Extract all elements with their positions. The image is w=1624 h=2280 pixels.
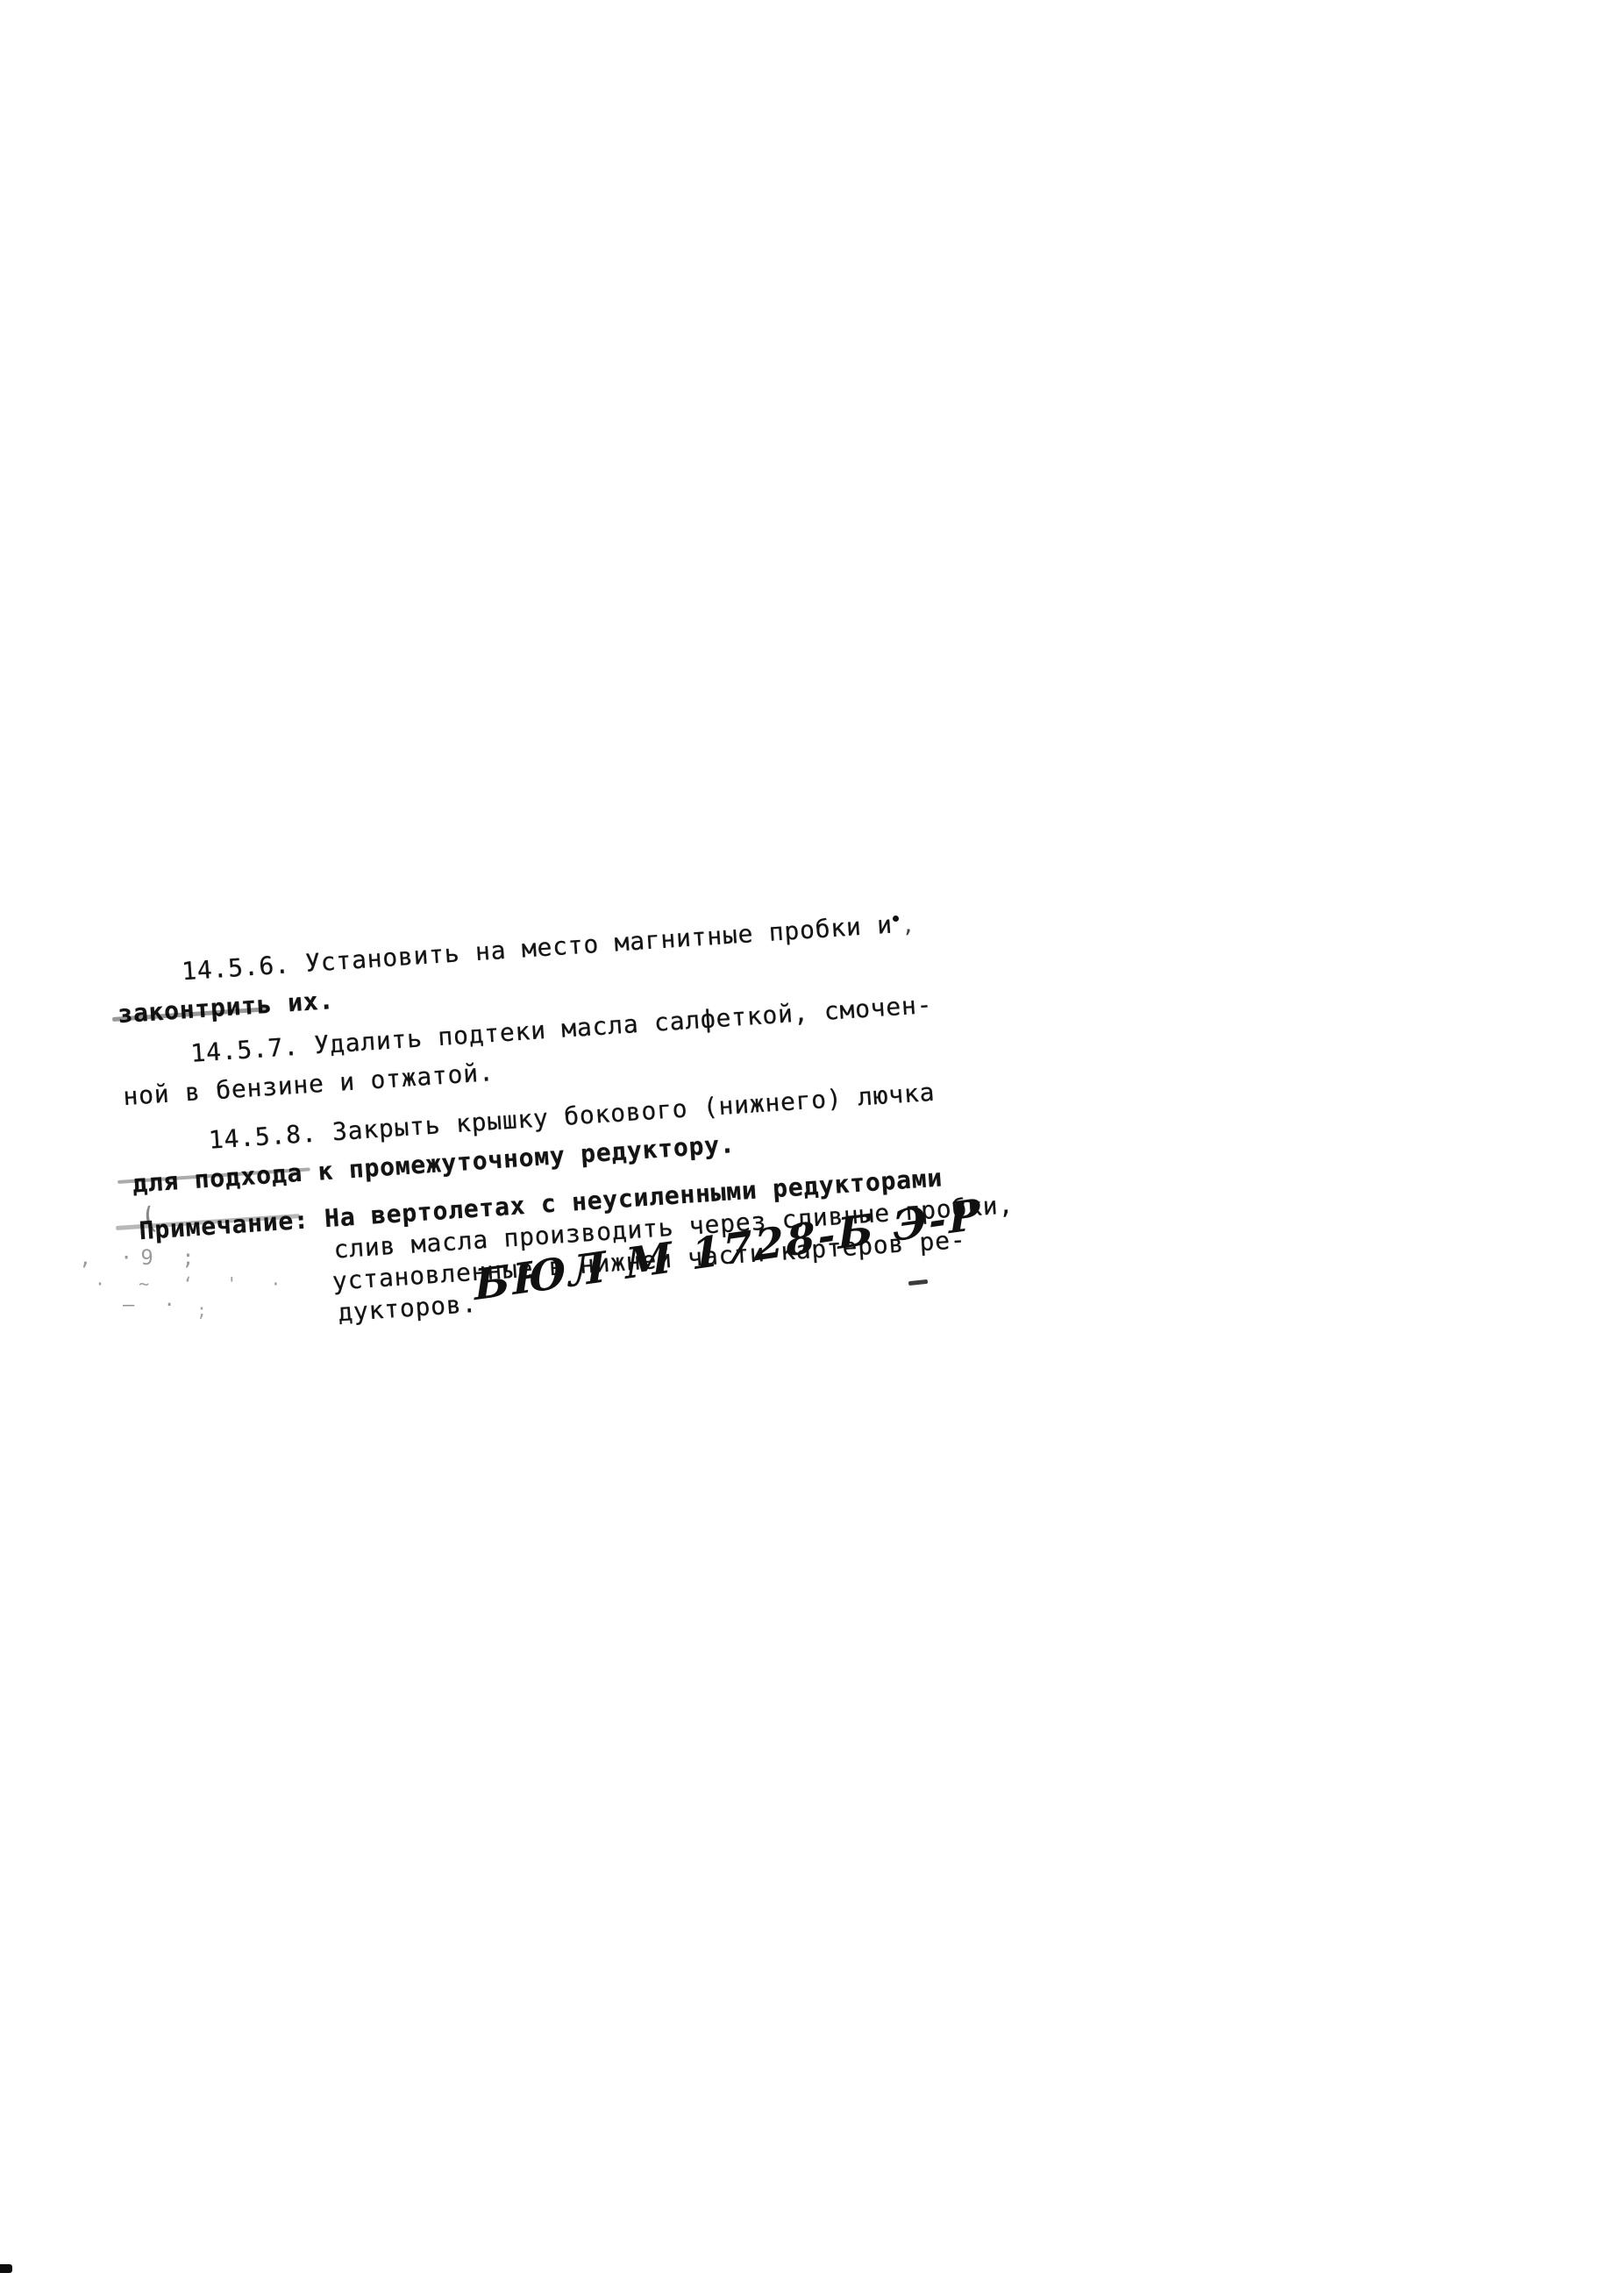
ink-dot-artifact bbox=[893, 916, 899, 922]
ink-tick-artifact: ’ bbox=[901, 926, 914, 951]
page-edge-mark bbox=[0, 2264, 12, 2273]
margin-smudge-row-3: — · bbox=[123, 1294, 184, 1316]
scanned-page: 14.5.6. Установить на место магнитные пр… bbox=[0, 0, 1624, 2280]
margin-smudge-dot: ; bbox=[196, 1300, 207, 1321]
margin-smudge-row-2: · ~ ʻ ' · bbox=[95, 1273, 292, 1294]
margin-smudge-row-1: , ·9 ; bbox=[79, 1245, 203, 1270]
